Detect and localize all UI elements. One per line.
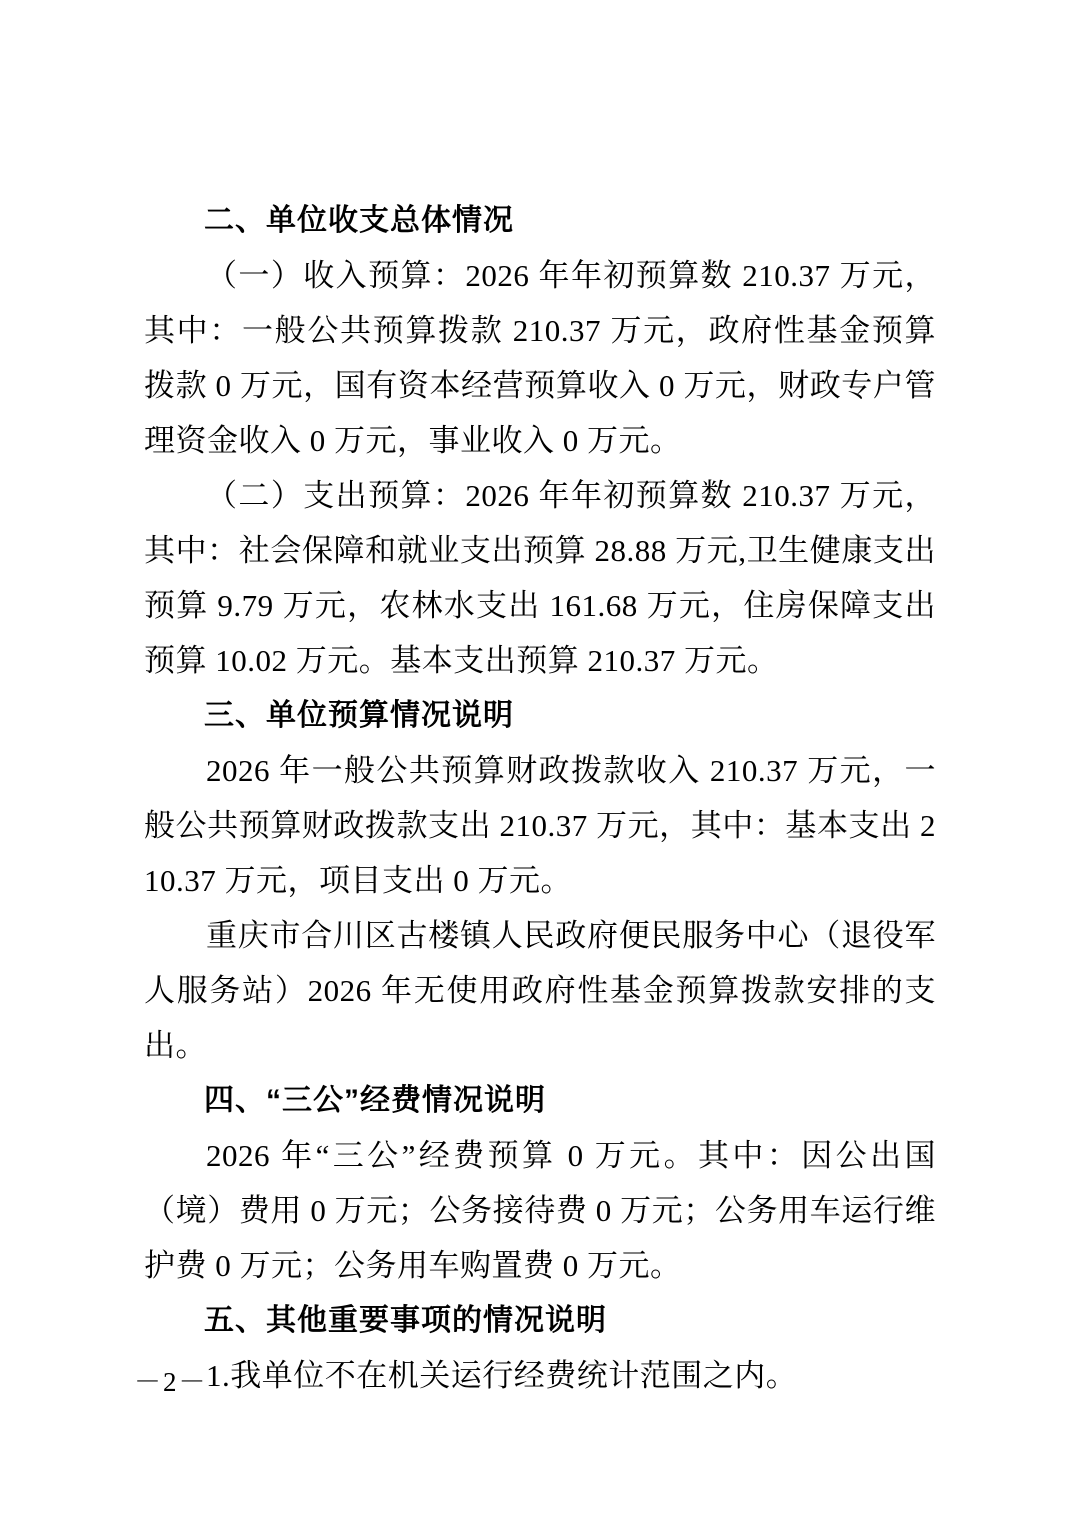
section-heading: 三、单位预算情况说明 bbox=[144, 688, 936, 743]
section-heading: 二、单位收支总体情况 bbox=[144, 193, 936, 248]
section-heading: 四、“三公”经费情况说明 bbox=[144, 1073, 936, 1128]
paragraph: 重庆市合川区古楼镇人民政府便民服务中心（退役军人服务站）2026 年无使用政府性… bbox=[144, 908, 936, 1073]
page-number: －2－ bbox=[134, 1360, 208, 1399]
paragraph: 1.我单位不在机关运行经费统计范围之内。 bbox=[144, 1348, 936, 1403]
paragraph: 2026 年“三公”经费预算 0 万元。其中：因公出国（境）费用 0 万元；公务… bbox=[144, 1128, 936, 1293]
document-page: 二、单位收支总体情况（一）收入预算：2026 年年初预算数 210.37 万元，… bbox=[0, 0, 1074, 1520]
document-body: 二、单位收支总体情况（一）收入预算：2026 年年初预算数 210.37 万元，… bbox=[144, 193, 936, 1403]
paragraph: （二）支出预算：2026 年年初预算数 210.37 万元，其中：社会保障和就业… bbox=[144, 468, 936, 688]
paragraph: （一）收入预算：2026 年年初预算数 210.37 万元，其中：一般公共预算拨… bbox=[144, 248, 936, 468]
section-heading: 五、其他重要事项的情况说明 bbox=[144, 1293, 936, 1348]
paragraph: 2026 年一般公共预算财政拨款收入 210.37 万元，一般公共预算财政拨款支… bbox=[144, 743, 936, 908]
